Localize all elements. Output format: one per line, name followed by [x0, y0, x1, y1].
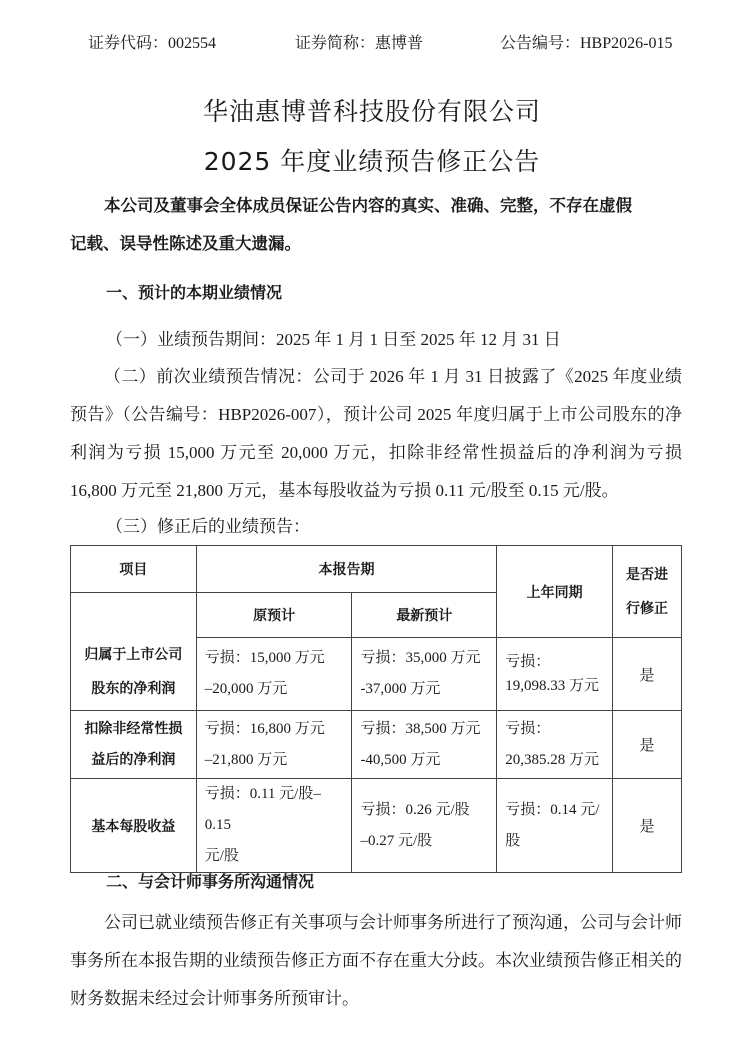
header-current-period: 本报告期 — [196, 546, 496, 593]
cell-revised: 是 — [613, 779, 682, 873]
cell-latest: 亏损：0.26 元/股 –0.27 元/股 — [352, 779, 497, 873]
auditor-communication-paragraph: 公司已就业绩预告修正有关事项与会计师事务所进行了预沟通，公司与会计师事务所在本报… — [70, 904, 682, 1018]
company-name: 华油惠博普科技股份有限公司 — [0, 92, 744, 128]
cell-latest: 亏损：38,500 万元 -40,500 万元 — [352, 711, 497, 779]
header-original: 原预计 — [196, 593, 352, 638]
row-eps-label: 基本每股收益 — [71, 779, 197, 873]
section2-heading: 二、与会计师事务所沟通情况 — [106, 869, 314, 892]
forecast-period: （一）业绩预告期间：2025 年 1 月 1 日至 2025 年 12 月 31… — [106, 325, 561, 350]
header-prior-year: 上年同期 — [497, 546, 613, 638]
header-latest: 最新预计 — [352, 593, 497, 638]
stock-code: 证券代码：002554 — [88, 30, 216, 53]
cell-original: 亏损：15,000 万元 –20,000 万元 — [196, 638, 352, 711]
header-revised: 是否进 行修正 — [613, 546, 682, 638]
cell-revised: 是 — [613, 711, 682, 779]
cell-prior-year: 亏损： 20,385.28 万元 — [497, 711, 613, 779]
stock-short-name: 证券简称：惠博普 — [295, 30, 423, 53]
cell-original: 亏损：16,800 万元 –21,800 万元 — [196, 711, 352, 779]
statement-line-2: 记载、误导性陈述及重大遗漏。 — [70, 230, 301, 254]
cell-original: 亏损：0.11 元/股–0.15 元/股 — [196, 779, 352, 873]
announcement-number: 公告编号：HBP2026-015 — [500, 30, 672, 53]
previous-forecast-paragraph: （二）前次业绩预告情况：公司于 2026 年 1 月 31 日披露了《2025 … — [70, 358, 682, 510]
forecast-table: 项目 本报告期 上年同期 是否进 行修正 归属于上市公司 股东的净利润 原预计 … — [70, 545, 682, 873]
table-row: 基本每股收益 亏损：0.11 元/股–0.15 元/股 亏损：0.26 元/股 … — [71, 779, 682, 873]
document-title: 2025 年度业绩预告修正公告 — [0, 142, 744, 178]
cell-prior-year: 亏损：0.14 元/ 股 — [497, 779, 613, 873]
row-deducted-profit-label: 扣除非经常性损 益后的净利润 — [71, 711, 197, 779]
header-item: 项目 — [71, 546, 197, 593]
cell-prior-year: 亏损： 19,098.33 万元 — [497, 638, 613, 711]
revised-forecast-label: （三）修正后的业绩预告： — [106, 512, 310, 537]
statement-line-1: 本公司及董事会全体成员保证公告内容的真实、准确、完整，不存在虚假 — [104, 192, 632, 216]
section1-heading: 一、预计的本期业绩情况 — [106, 280, 282, 303]
cell-latest: 亏损：35,000 万元 -37,000 万元 — [352, 638, 497, 711]
cell-revised: 是 — [613, 638, 682, 711]
row-net-profit-label: 归属于上市公司 股东的净利润 — [71, 593, 197, 711]
table-row: 扣除非经常性损 益后的净利润 亏损：16,800 万元 –21,800 万元 亏… — [71, 711, 682, 779]
